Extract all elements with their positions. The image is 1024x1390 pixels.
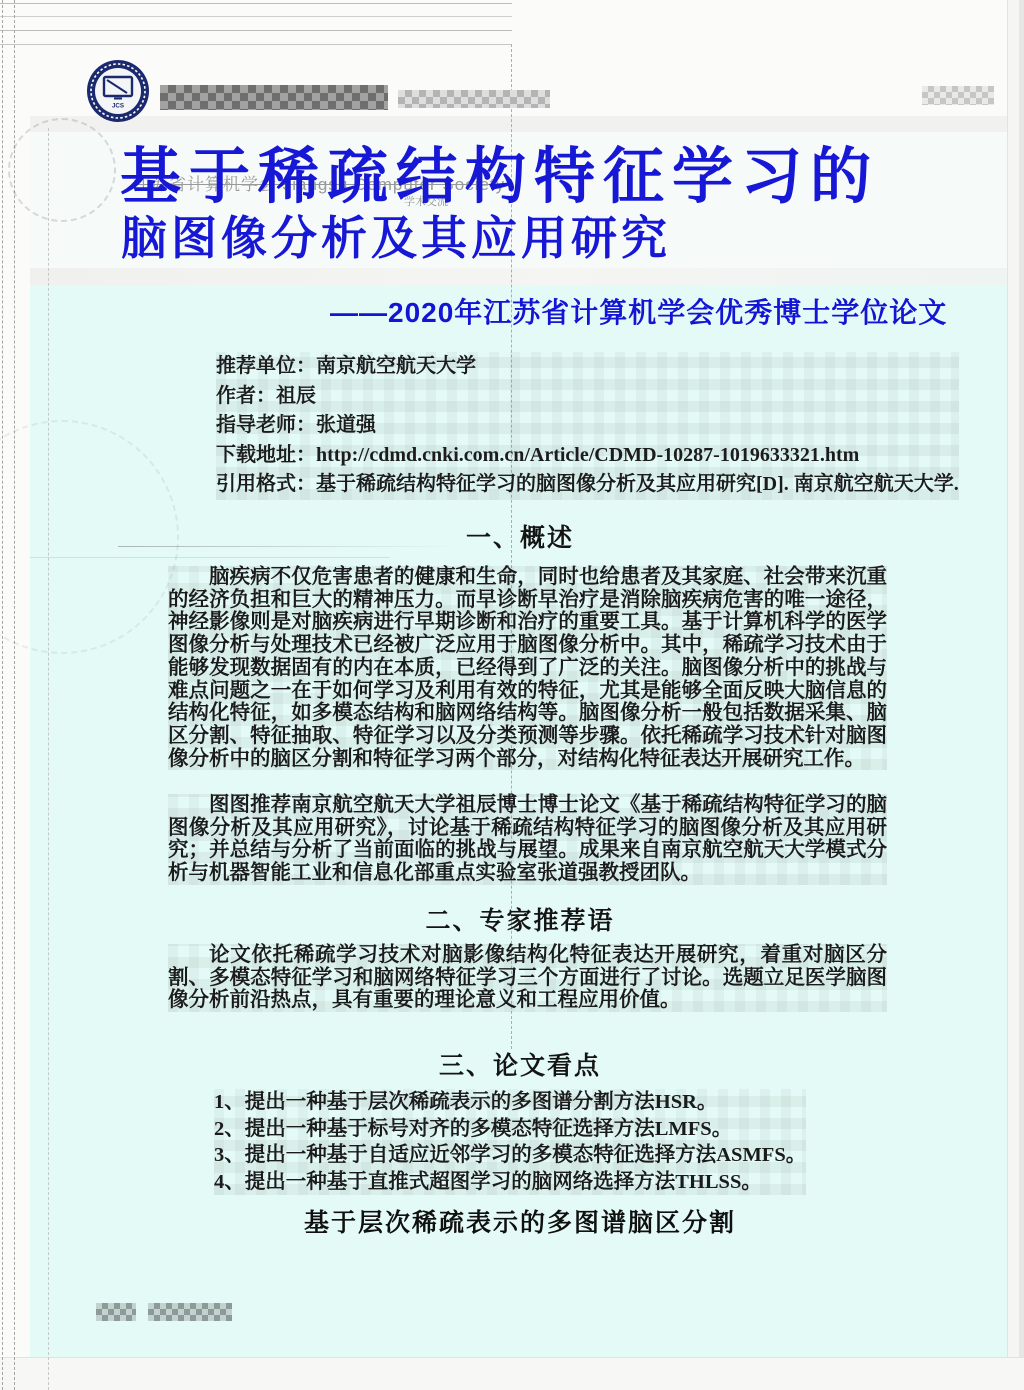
faint-stamp-circle-top bbox=[8, 118, 116, 222]
org-name-redacted bbox=[160, 85, 388, 110]
meta-line-download-url: 下载地址：http://cdmd.cnki.com.cn/Article/CDM… bbox=[216, 441, 959, 471]
highlights-list: 1、提出一种基于层次稀疏表示的多图谱分割方法HSR。 2、提出一种基于标号对齐的… bbox=[214, 1089, 806, 1195]
logo-abbr: JCS bbox=[112, 103, 124, 110]
scan-dashed-line-left-outer bbox=[2, 0, 3, 1390]
title-divider-band bbox=[30, 268, 1010, 285]
section-heading-overview: 一、概述 bbox=[30, 518, 1010, 554]
scan-line-top-1 bbox=[0, 3, 512, 4]
overview-paragraph-2: 图图推荐南京航空航天大学祖辰博士博士论文《基于稀疏结构特征学习的脑图像分析及其应… bbox=[168, 794, 887, 885]
meta-line-recommender: 推荐单位：南京航空航天大学 bbox=[216, 352, 959, 382]
expert-comment-paragraph: 论文依托稀疏学习技术对脑影像结构化特征表达开展研究，着重对脑区分割、多模态特征学… bbox=[168, 944, 887, 1012]
article-subtitle: ——2020年江苏省计算机学会优秀博士学位论文 bbox=[330, 291, 947, 331]
society-logo: JCS bbox=[86, 58, 150, 124]
right-edge-strip bbox=[1019, 0, 1024, 1390]
section-heading-expert-comment: 二、专家推荐语 bbox=[30, 901, 1010, 937]
bottom-margin-strip bbox=[0, 1357, 1024, 1390]
article-title-line2: 脑图像分析及其应用研究 bbox=[121, 212, 671, 264]
chapter-heading: 基于层次稀疏表示的多图谱脑区分割 bbox=[30, 1203, 1010, 1239]
scan-line-top-3 bbox=[0, 30, 512, 31]
scan-dashed-line-left-inner bbox=[14, 0, 15, 1390]
org-name-en-redacted bbox=[398, 90, 550, 108]
highlight-item-2: 2、提出一种基于标号对齐的多模态特征选择方法LMFS。 bbox=[214, 1116, 806, 1143]
header-divider-band bbox=[30, 116, 1010, 132]
metadata-block: 推荐单位：南京航空航天大学 作者：祖辰 指导老师：张道强 下载地址：http:/… bbox=[216, 352, 959, 500]
overview-paragraph-1: 脑疾病不仅危害患者的健康和生命，同时也给患者及其家庭、社会带来沉重的经济负担和巨… bbox=[168, 566, 887, 770]
highlight-item-1: 1、提出一种基于层次稀疏表示的多图谱分割方法HSR。 bbox=[214, 1089, 806, 1116]
highlight-item-3: 3、提出一种基于自适应近邻学习的多模态特征选择方法ASMFS。 bbox=[214, 1142, 806, 1169]
article-title-line1: 基于稀疏结构特征学习的 bbox=[120, 144, 879, 208]
footer-redacted-2 bbox=[148, 1303, 232, 1321]
scanned-document-page: JCS 江苏省计算机学会 Jiangsu Computer Society 学术… bbox=[0, 0, 1024, 1390]
meta-line-citation: 引用格式：基于稀疏结构特征学习的脑图像分析及其应用研究[D]. 南京航空航天大学… bbox=[216, 470, 959, 500]
scan-dashed-line-margin bbox=[48, 128, 49, 1390]
issue-info-redacted bbox=[922, 86, 994, 105]
scan-line-top-4 bbox=[0, 44, 512, 45]
decorative-rule-1 bbox=[118, 546, 460, 547]
section-heading-highlights: 三、论文看点 bbox=[30, 1046, 1010, 1082]
decorative-rule-2 bbox=[30, 557, 390, 558]
meta-line-author: 作者：祖辰 bbox=[216, 382, 959, 412]
meta-line-advisor: 指导老师：张道强 bbox=[216, 411, 959, 441]
footer-redacted-1 bbox=[96, 1303, 136, 1321]
highlight-item-4: 4、提出一种基于直推式超图学习的脑网络选择方法THLSS。 bbox=[214, 1169, 806, 1196]
scan-line-top-2 bbox=[0, 16, 512, 17]
